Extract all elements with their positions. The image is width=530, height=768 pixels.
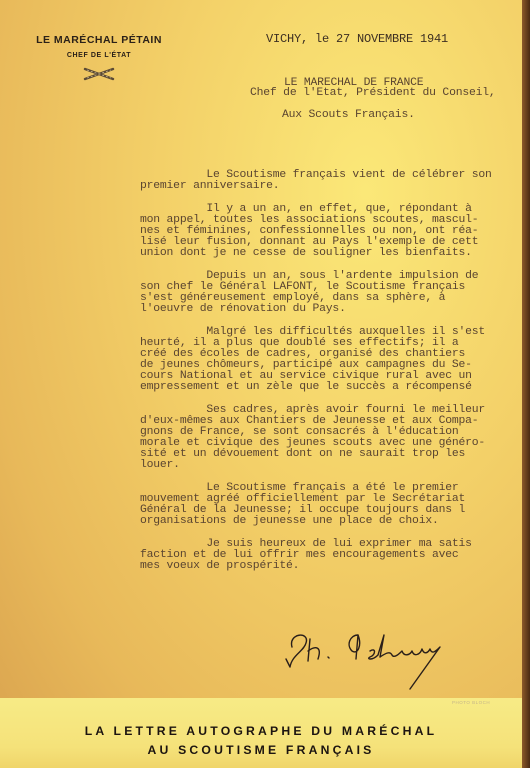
typed-line: louer. xyxy=(140,460,492,471)
typed-line: organisations de jeunesse une place de c… xyxy=(140,516,492,527)
letterhead-name: LE MARÉCHAL PÉTAIN xyxy=(14,34,184,46)
paragraph: Le Scoutisme français a été le premiermo… xyxy=(140,483,492,527)
letter-page: LE MARÉCHAL PÉTAIN CHEF DE L'ÉTAT VICHY,… xyxy=(0,0,522,768)
letterhead: LE MARÉCHAL PÉTAIN CHEF DE L'ÉTAT xyxy=(14,34,184,86)
typed-line: premier anniversaire. xyxy=(140,181,492,192)
letter-body: Le Scoutisme français vient de célébrer … xyxy=(140,170,492,584)
photo-credit: PHOTO BLOCH xyxy=(452,700,490,705)
date-line: VICHY, le 27 NOVEMBRE 1941 xyxy=(266,34,448,45)
binding-edge xyxy=(522,0,530,768)
addressee: Aux Scouts Français. xyxy=(282,110,415,121)
letterhead-title: CHEF DE L'ÉTAT xyxy=(14,52,184,59)
caption: LA LETTRE AUTOGRAPHE DU MARÉCHAL AU SCOU… xyxy=(0,722,522,760)
paragraph: Malgré les difficultés auxquelles il s'e… xyxy=(140,327,492,393)
typed-line: union dont je ne cesse de souligner les … xyxy=(140,248,492,259)
typed-line: mes voeux de prospérité. xyxy=(140,561,492,572)
sender-function: Chef de l'Etat, Président du Conseil, xyxy=(250,88,496,99)
paragraph: Je suis heureux de lui exprimer ma satis… xyxy=(140,539,492,572)
paragraph: Depuis un an, sous l'ardente impulsion d… xyxy=(140,271,492,315)
paragraph: Le Scoutisme français vient de célébrer … xyxy=(140,170,492,192)
caption-line-1: LA LETTRE AUTOGRAPHE DU MARÉCHAL xyxy=(0,722,522,741)
signature xyxy=(280,625,480,695)
typed-line: empressement et un zèle que le succès a … xyxy=(140,382,492,393)
caption-line-2: AU SCOUTISME FRANÇAIS xyxy=(0,741,522,760)
typed-line: l'oeuvre de rénovation du Pays. xyxy=(140,304,492,315)
paragraph: Ses cadres, après avoir fourni le meille… xyxy=(140,405,492,471)
typed-line: sité et un dévouement dont on ne saurait… xyxy=(140,449,492,460)
paragraph: Il y a un an, en effet, que, répondant à… xyxy=(140,204,492,259)
crossed-batons-icon xyxy=(14,67,184,86)
